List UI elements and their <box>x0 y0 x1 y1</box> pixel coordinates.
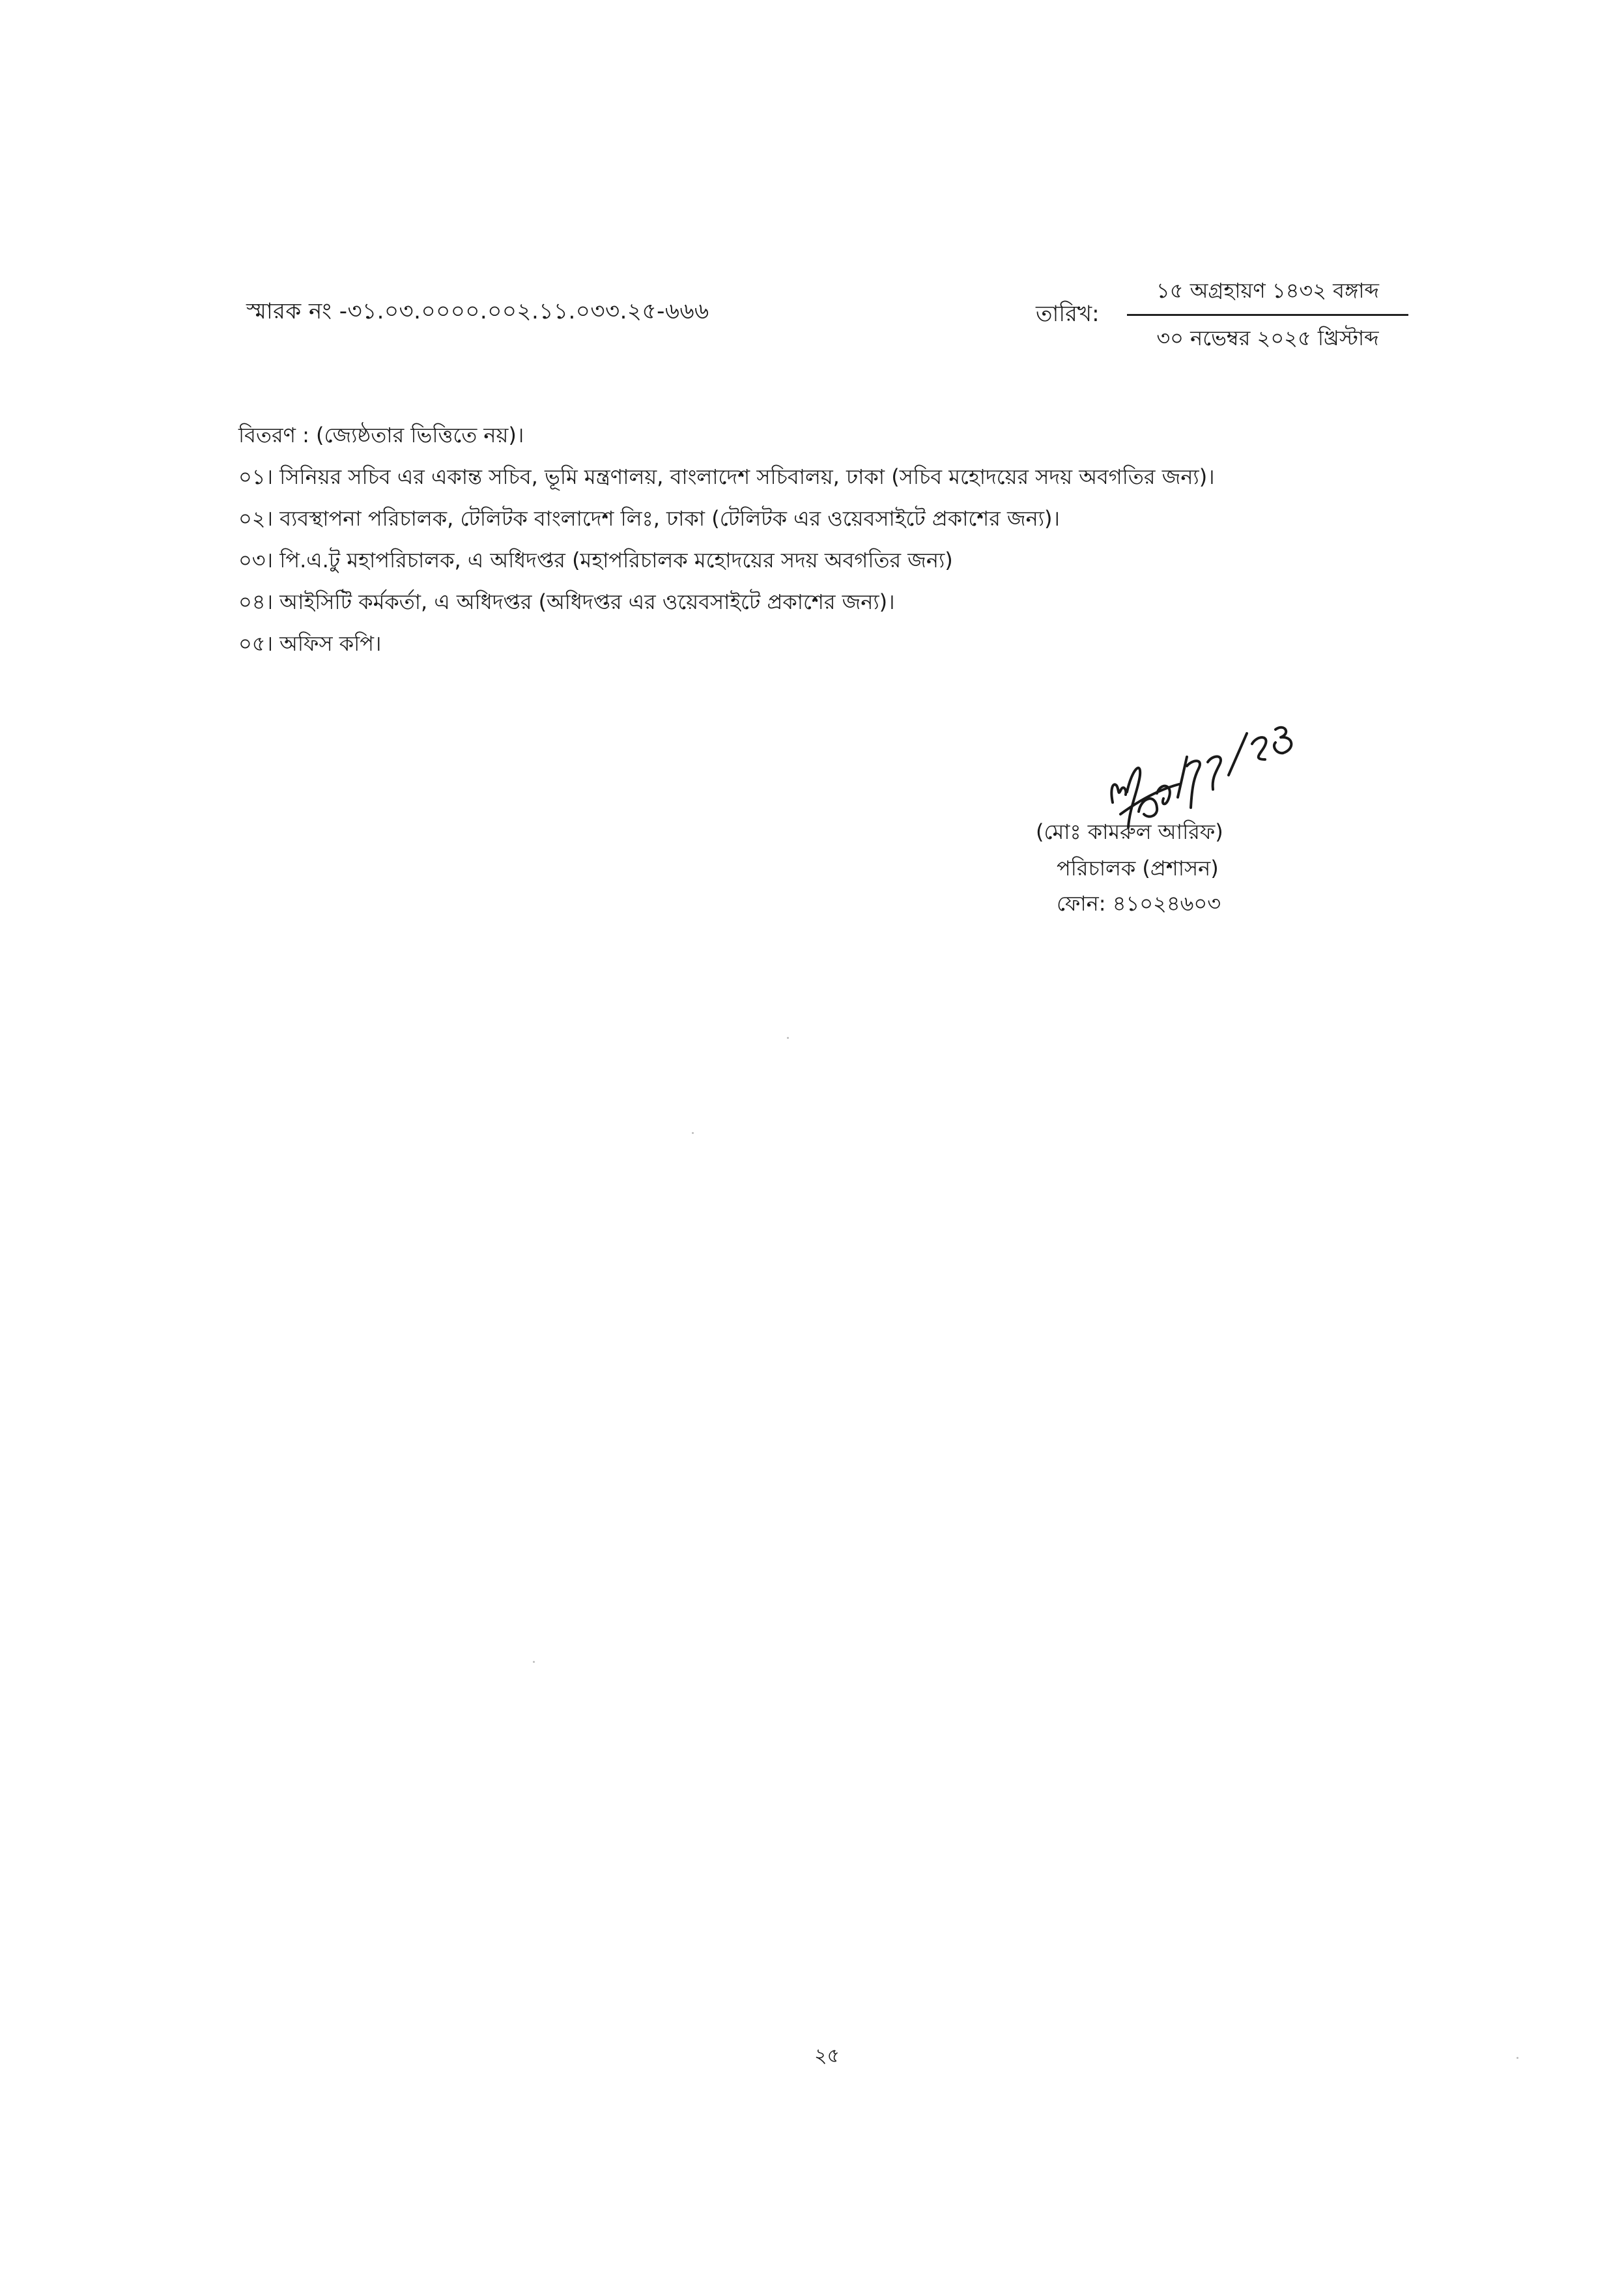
distribution-item: ০৩। পি.এ.টু মহাপরিচালক, এ অধিদপ্তর (মহাপ… <box>238 539 1215 581</box>
scan-speck <box>692 1132 694 1134</box>
date-block: তারিখ: ১৫ অগ্রহায়ণ ১৪৩২ বঙ্গাব্দ ৩০ নভে… <box>1036 272 1414 357</box>
document-page: স্মারক নং -৩১.০৩.০০০০.০০২.১১.০৩৩.২৫-৬৬৬ … <box>0 0 1624 2281</box>
scan-speck <box>533 1661 535 1663</box>
scan-speck <box>1517 2057 1518 2059</box>
distribution-item: ০২। ব্যবস্থাপনা পরিচালক, টেলিটক বাংলাদেশ… <box>238 498 1215 539</box>
signature-block: (মোঃ কামরুল আরিফ) পরিচালক (প্রশাসন) ফোন:… <box>1016 716 1407 931</box>
date-bangla: ১৫ অগ্রহায়ণ ১৪৩২ বঙ্গাব্দ <box>1127 272 1408 309</box>
distribution-item: ০৫। অফিস কপি। <box>238 623 1215 664</box>
signer-name: (মোঃ কামরুল আরিফ) <box>1036 815 1223 851</box>
date-gregorian: ৩০ নভেম্বর ২০২৫ খ্রিস্টাব্দ <box>1127 320 1408 356</box>
date-divider <box>1127 314 1408 316</box>
signer-phone: ফোন: ৪১০২৪৬০৩ <box>1057 887 1221 922</box>
memo-number: স্মারক নং -৩১.০৩.০০০০.০০২.১১.০৩৩.২৫-৬৬৬ <box>246 294 709 332</box>
distribution-heading: বিতরণ : (জ্যেষ্ঠতার ভিত্তিতে নয়)। <box>238 414 1215 456</box>
date-values: ১৫ অগ্রহায়ণ ১৪৩২ বঙ্গাব্দ ৩০ নভেম্বর ২০… <box>1127 272 1408 356</box>
distribution-item: ০৪। আইসিটি কর্মকর্তা, এ অধিদপ্তর (অধিদপ্… <box>238 581 1215 623</box>
date-label: তারিখ: <box>1036 297 1100 334</box>
distribution-item: ০১। সিনিয়র সচিব এর একান্ত সচিব, ভূমি মন… <box>238 456 1215 498</box>
page-number: ২৫ <box>814 2040 840 2073</box>
scan-speck <box>787 1037 789 1039</box>
signer-designation: পরিচালক (প্রশাসন) <box>1057 852 1219 887</box>
distribution-list: বিতরণ : (জ্যেষ্ঠতার ভিত্তিতে নয়)। ০১। স… <box>238 414 1215 664</box>
